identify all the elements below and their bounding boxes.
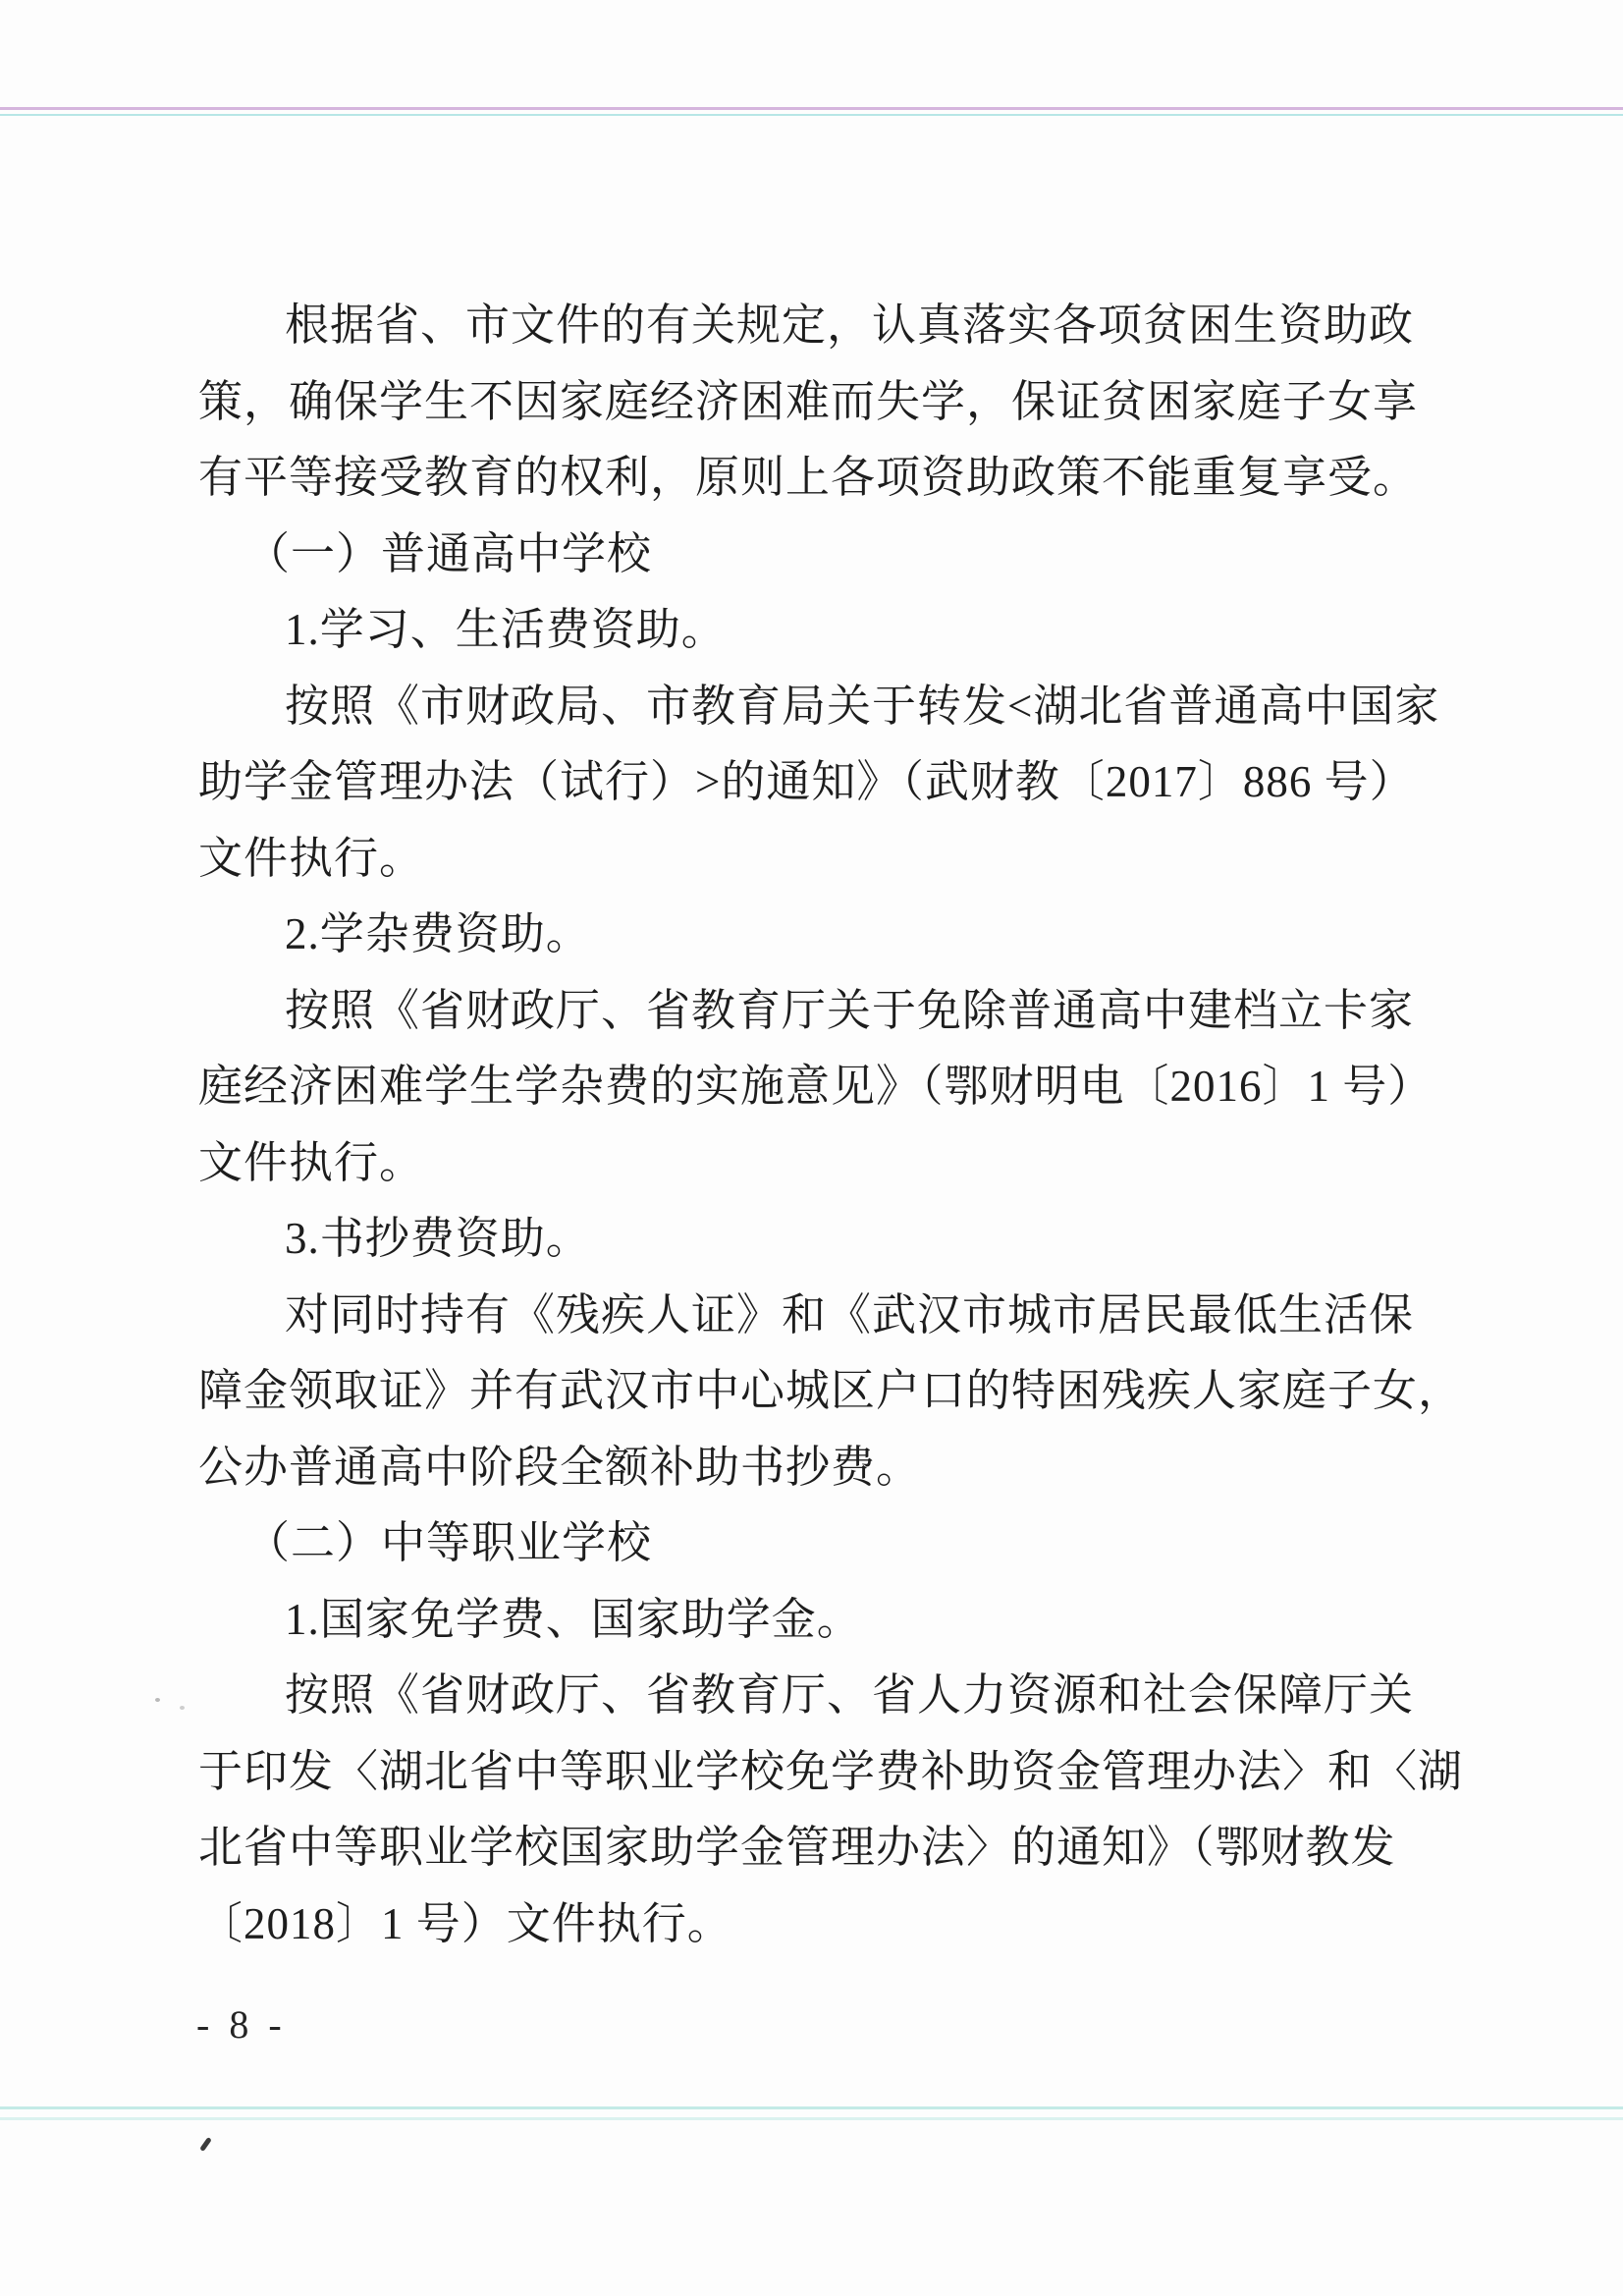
top-rule-purple: [0, 107, 1623, 110]
scan-speck: [155, 1698, 160, 1702]
text-line: 有平等接受教育的权利，原则上各项资助政策不能重复享受。: [198, 452, 1418, 503]
text-line: （一）普通高中学校: [245, 528, 652, 579]
page-number: - 8 -: [196, 2001, 287, 2048]
text-line: 文件执行。: [198, 833, 424, 884]
text-line: 公办普通高中阶段全额补助书抄费。: [198, 1442, 921, 1493]
bottom-rule-cyan-1: [0, 2106, 1623, 2109]
text-line: 2.学杂费资助。: [285, 908, 591, 959]
text-line: 3.书抄费资助。: [285, 1213, 591, 1264]
text-line: 文件执行。: [198, 1137, 424, 1188]
text-line: 根据省、市文件的有关规定，认真落实各项贫困生资助政: [285, 300, 1414, 351]
scan-speck: [180, 1706, 185, 1710]
bottom-rule-cyan-2: [0, 2117, 1623, 2120]
text-line: 按照《市财政局、市教育局关于转发<湖北省普通高中国家: [285, 681, 1439, 732]
text-line: 1.学习、生活费资助。: [285, 604, 727, 655]
text-line: 策，确保学生不因家庭经济困难而失学，保证贫困家庭子女享: [198, 376, 1418, 427]
top-rule-cyan: [0, 114, 1623, 116]
scan-stray-mark: [199, 2137, 212, 2152]
text-line: 庭经济困难学生学杂费的实施意见》（鄂财明电〔2016〕1 号）: [198, 1061, 1433, 1112]
text-line: 1.国家免学费、国家助学金。: [285, 1594, 862, 1645]
text-line: 对同时持有《残疾人证》和《武汉市城市居民最低生活保: [285, 1289, 1414, 1340]
text-line: 按照《省财政厅、省教育厅关于免除普通高中建档立卡家: [285, 985, 1414, 1036]
text-line: （二）中等职业学校: [245, 1517, 652, 1568]
text-line: 于印发〈湖北省中等职业学校免学费补助资金管理办法〉和〈湖: [198, 1746, 1463, 1797]
text-line: 助学金管理办法（试行）>的通知》（武财教〔2017〕886 号）: [198, 756, 1415, 807]
text-line: 按照《省财政厅、省教育厅、省人力资源和社会保障厅关: [285, 1669, 1414, 1721]
text-line: 北省中等职业学校国家助学金管理办法〉的通知》（鄂财教发: [198, 1822, 1396, 1873]
scanned-document-page: 根据省、市文件的有关规定，认真落实各项贫困生资助政策，确保学生不因家庭经济困难而…: [0, 0, 1623, 2296]
text-line: 障金领取证》并有武汉市中心城区户口的特困残疾人家庭子女，: [198, 1365, 1463, 1416]
text-line: 〔2018〕1 号）文件执行。: [198, 1898, 732, 1949]
